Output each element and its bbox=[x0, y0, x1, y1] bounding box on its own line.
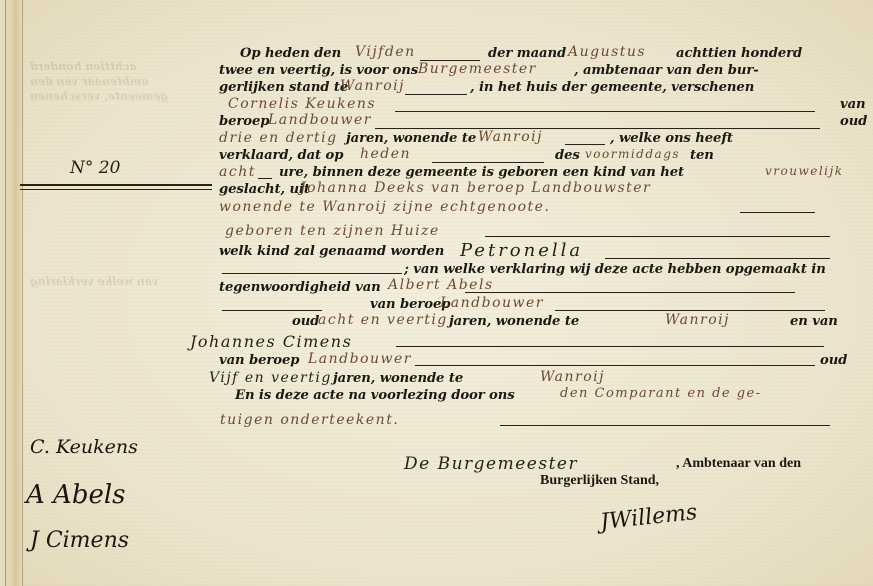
record-divider bbox=[20, 184, 212, 190]
margin-stain bbox=[14, 0, 24, 586]
bleed-through-text: van welke verklaring bbox=[30, 275, 158, 288]
fill-line bbox=[740, 212, 815, 213]
hand-signing-note: den Comparant en de ge- bbox=[560, 386, 762, 401]
hand-signing-note-cont: tuigen onderteekent. bbox=[220, 412, 399, 428]
print-text: , in het huis der gemeente, verschenen bbox=[470, 80, 754, 95]
fill-line bbox=[222, 273, 402, 274]
print-text: oud bbox=[840, 114, 867, 129]
print-text: ure, binnen deze gemeente is geboren een… bbox=[279, 165, 684, 180]
hand-witness-1-residence: Wanroij bbox=[665, 312, 730, 328]
print-text: , welke ons heeft bbox=[610, 131, 733, 146]
signature-declarant: C. Keukens bbox=[30, 436, 138, 458]
print-text: jaren, wonende te bbox=[333, 371, 463, 386]
hand-witness-2-occupation: Landbouwer bbox=[308, 351, 412, 367]
print-text: oud bbox=[292, 314, 319, 329]
hand-witness-1-occupation: Landbouwer bbox=[440, 295, 544, 311]
print-text: welk kind zal genaamd worden bbox=[219, 244, 444, 259]
hand-hour: acht bbox=[219, 164, 256, 180]
print-text: geslacht, uit bbox=[219, 182, 310, 197]
hand-witness-1: Albert Abels bbox=[388, 277, 494, 293]
hand-birthplace: geboren ten zijnen Huize bbox=[225, 223, 440, 239]
signature-witness-2: J Cimens bbox=[30, 528, 129, 553]
fill-line bbox=[465, 292, 795, 293]
print-text: En is deze acte na voorlezing door ons bbox=[235, 388, 515, 403]
print-text: ; van welke verklaring wij deze acte heb… bbox=[404, 262, 826, 277]
hand-age: drie en dertig bbox=[219, 130, 338, 146]
print-text: beroep bbox=[219, 114, 269, 129]
record-number: N° 20 bbox=[70, 158, 120, 178]
hand-witness-1-age: acht en veertig bbox=[318, 312, 448, 328]
fill-line bbox=[565, 144, 605, 145]
fill-line bbox=[500, 425, 830, 426]
print-text: twee en veertig, is voor ons bbox=[219, 63, 418, 78]
print-text: achttien honderd bbox=[676, 46, 802, 61]
print-text: van bbox=[840, 97, 866, 112]
hand-child-name: Petronella bbox=[460, 240, 583, 261]
print-official-title: , Ambtenaar van den bbox=[676, 456, 801, 472]
signature-official: JWillems bbox=[599, 500, 698, 535]
hand-witness-2-residence: Wanroij bbox=[540, 369, 605, 385]
bleed-through-text: achttien honderd bbox=[30, 60, 137, 73]
hand-declarant-name: Cornelis Keukens bbox=[228, 96, 376, 112]
print-text: der maand bbox=[488, 46, 566, 61]
hand-official-title: De Burgemeester bbox=[404, 454, 578, 474]
fill-line bbox=[396, 346, 824, 347]
print-text: Op heden den bbox=[240, 46, 341, 61]
hand-day: Vijfden bbox=[355, 44, 416, 60]
print-text: ten bbox=[690, 148, 714, 163]
hand-official: Burgemeester bbox=[418, 61, 537, 77]
print-text: , ambtenaar van den bur- bbox=[574, 63, 759, 78]
hand-month: Augustus bbox=[568, 44, 646, 60]
print-official-title-2: Burgerlijken Stand, bbox=[540, 473, 659, 489]
fill-line bbox=[432, 162, 544, 163]
hand-time-of-day: voormiddags bbox=[585, 147, 680, 161]
fill-line bbox=[555, 310, 825, 311]
print-text: jaren, wonende te bbox=[449, 314, 579, 329]
hand-mother-residence: wonende te Wanroij zijne echtgenoote. bbox=[219, 199, 550, 215]
fill-line bbox=[605, 258, 830, 259]
fill-line bbox=[375, 128, 820, 129]
print-text: van beroep bbox=[219, 353, 299, 368]
hand-mother: Johanna Deeks van beroep Landbouwster bbox=[300, 180, 651, 196]
hand-sex: vrouwelijk bbox=[765, 164, 844, 178]
bleed-through-text: gemeente, verschenen bbox=[30, 90, 168, 103]
fill-line bbox=[405, 94, 467, 95]
print-text: verklaard, dat op bbox=[219, 148, 343, 163]
print-text: jaren, wonende te bbox=[346, 131, 476, 146]
print-text: des bbox=[555, 148, 580, 163]
bleed-through-text: ambtenaar van den bbox=[30, 75, 148, 88]
fill-line bbox=[415, 365, 815, 366]
signature-witness-1: A Abels bbox=[26, 480, 126, 510]
fill-line bbox=[258, 178, 272, 179]
print-text: oud bbox=[820, 353, 847, 368]
hand-date: heden bbox=[360, 146, 411, 162]
hand-residence: Wanroij bbox=[478, 129, 543, 145]
fill-line bbox=[395, 111, 815, 112]
hand-witness-2-age: Vijf en veertig bbox=[209, 370, 332, 386]
hand-witness-2: Johannes Cimens bbox=[190, 332, 352, 351]
print-text: van beroep bbox=[370, 297, 450, 312]
print-text: tegenwoordigheid van bbox=[219, 280, 381, 295]
hand-occupation: Landbouwer bbox=[268, 112, 372, 128]
hand-place: Wanroij bbox=[340, 78, 405, 94]
print-text: en van bbox=[790, 314, 838, 329]
print-text: gerlijken stand te bbox=[219, 80, 348, 95]
fill-line bbox=[485, 236, 830, 237]
fill-line bbox=[222, 310, 322, 311]
